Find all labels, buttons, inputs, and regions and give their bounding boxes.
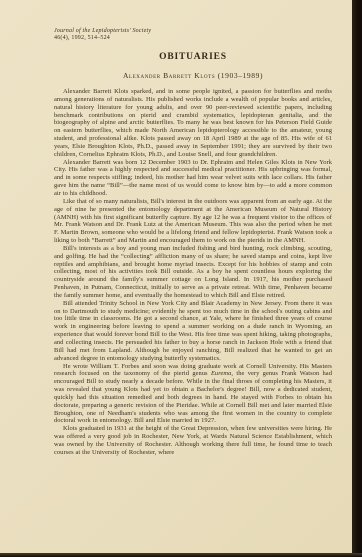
obituary-paragraph: Bill's interests as a boy and young man … [54, 245, 332, 300]
journal-header: Journal of the Lepidopterists' Society 4… [54, 28, 332, 42]
scan-edge-right [352, 0, 362, 557]
journal-volume-issue-pages: 46(4), 1992, 514–524 [54, 35, 332, 42]
obituary-title: Alexander Barrett Klots (1903–1989) [54, 71, 332, 80]
obituary-paragraph: Bill attended Trinity School in New York… [54, 300, 332, 363]
section-title: OBITUARIES [54, 52, 332, 62]
scanned-journal-page: Journal of the Lepidopterists' Society 4… [0, 0, 362, 557]
scan-edge-bottom [0, 553, 362, 557]
obituary-body: Alexander Barrett Klots sparked, and in … [54, 88, 332, 457]
obituary-paragraph: Like that of so many naturalists, Bill's… [54, 198, 332, 245]
obituary-paragraph: Klots graduated in 1931 at the height of… [54, 425, 332, 456]
obituary-paragraph: He wrote William T. Forbes and soon was … [54, 363, 332, 426]
journal-name: Journal of the Lepidopterists' Society [54, 28, 332, 35]
page-content: Journal of the Lepidopterists' Society 4… [54, 28, 332, 457]
obituary-paragraph: Alexander Barrett was born 12 December 1… [54, 159, 332, 198]
obituary-paragraph: Alexander Barrett Klots sparked, and in … [54, 88, 332, 159]
page-paper: Journal of the Lepidopterists' Society 4… [0, 0, 352, 553]
